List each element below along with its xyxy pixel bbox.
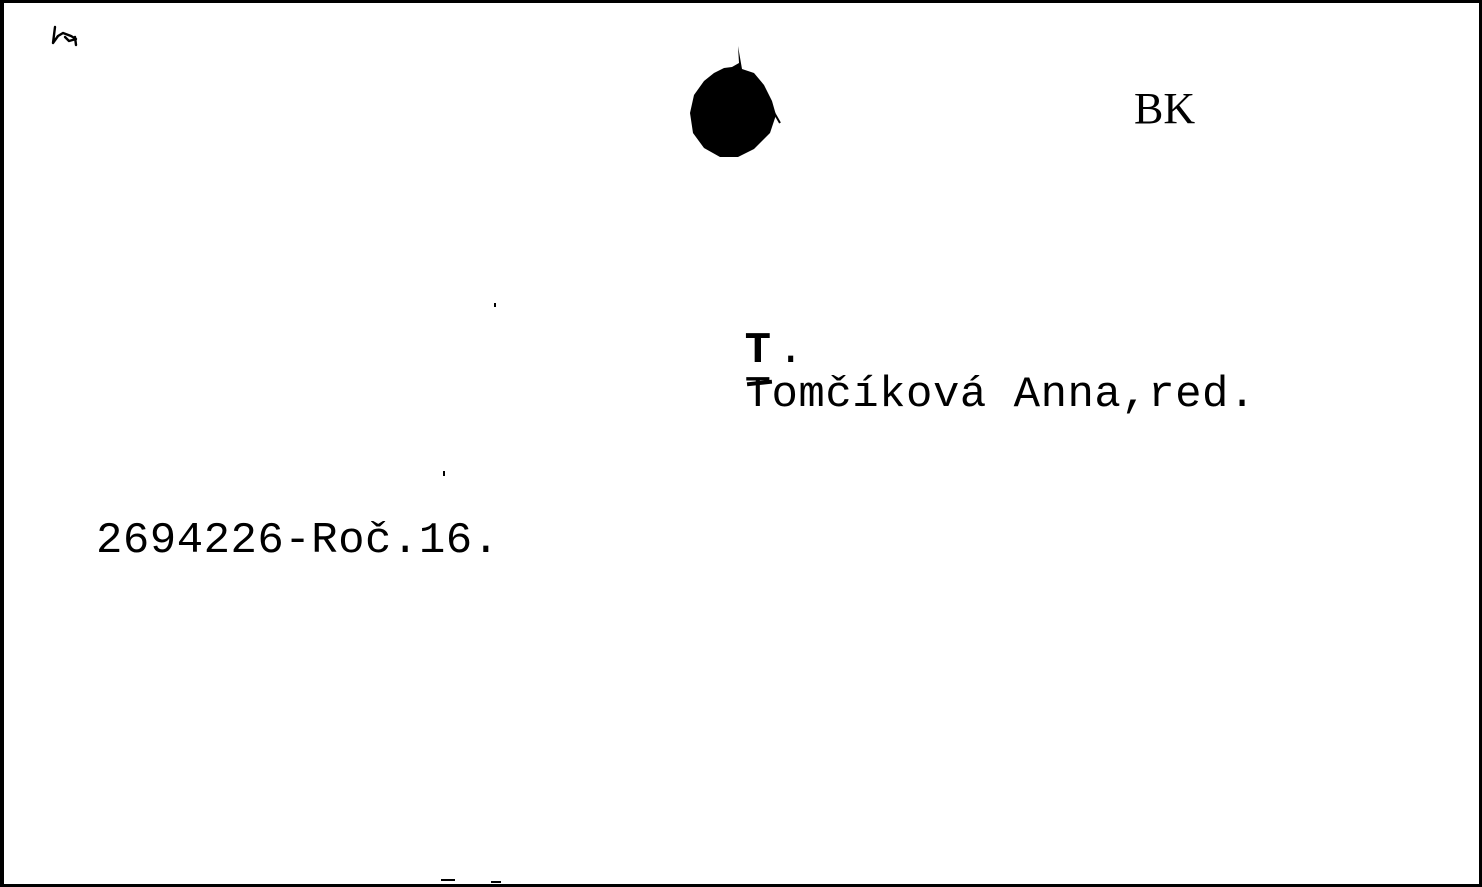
handwritten-initial-mark <box>49 23 85 47</box>
call-number: 2694226-Roč.16. <box>96 519 500 563</box>
heading-separator: . <box>778 326 805 376</box>
scan-speck <box>491 881 501 883</box>
heading-marker: T <box>745 329 772 373</box>
scan-speck <box>441 879 455 881</box>
heading-text: Tomčíková Anna,red. <box>745 370 1256 420</box>
catalog-card: BK T. Tomčíková Anna,red. 2694226-Roč.16… <box>3 3 1479 884</box>
heading-entry: T. Tomčíková Anna,red. <box>637 285 1256 461</box>
filing-hole-icon <box>686 43 786 163</box>
collection-code: BK <box>1134 87 1195 131</box>
scan-speck <box>494 303 496 307</box>
scan-speck <box>443 471 445 476</box>
